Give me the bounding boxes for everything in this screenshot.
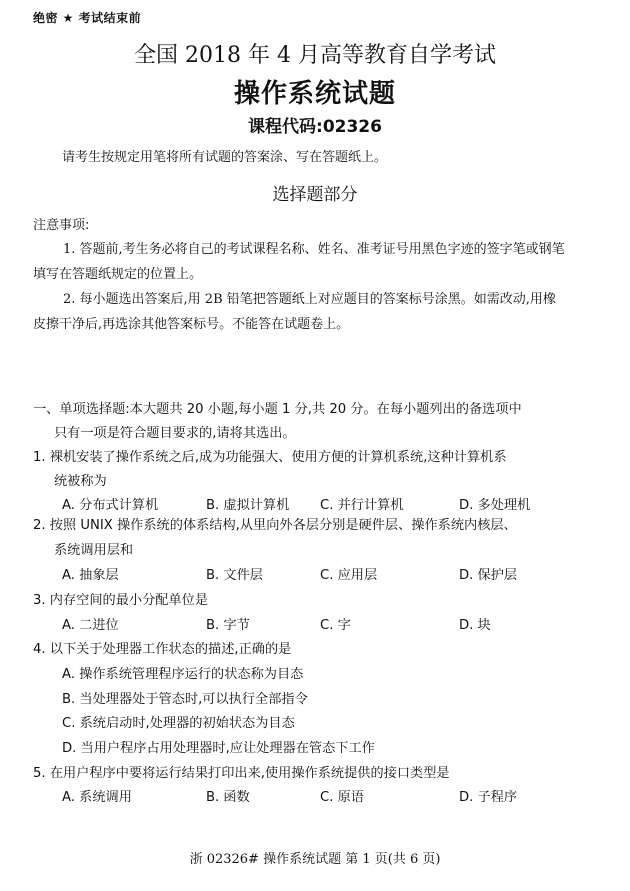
note-2-line-1: 2. 每小题选出答案后,用 2B 铅笔把答题纸上对应题目的答案标号涂黑。如需改动…	[33, 288, 556, 307]
question-1-option-c: C. 并行计算机	[320, 494, 404, 513]
question-4-option-b: B. 当处理器处于管态时,可以执行全部指令	[62, 688, 308, 707]
question-5-option-d: D. 子程序	[459, 786, 517, 805]
part-one-heading: 一、单项选择题:本大题共 20 小题,每小题 1 分,共 20 分。在每小题列出…	[33, 398, 522, 417]
question-2-option-c: C. 应用层	[320, 564, 377, 583]
question-5-option-b: B. 函数	[206, 786, 250, 805]
question-1-option-b: B. 虚拟计算机	[206, 494, 289, 513]
note-text: 1. 答题前,考生务必将自己的考试课程名称、姓名、准考证号用黑色字迹的签字笔或钢…	[63, 242, 565, 257]
question-2-option-b: B. 文件层	[206, 564, 263, 583]
question-5-stem: 5. 在用户程序中要将运行结果打印出来,使用操作系统提供的接口类型是	[33, 762, 450, 781]
question-2-option-a: A. 抽象层	[62, 564, 119, 583]
notes-label: 注意事项:	[33, 214, 89, 233]
part-one-heading-cont: 只有一项是符合题目要求的,请将其选出。	[54, 422, 296, 441]
page-footer: 浙 02326# 操作系统试题 第 1 页(共 6 页)	[0, 848, 630, 867]
question-4-stem: 4. 以下关于处理器工作状态的描述,正确的是	[33, 638, 291, 657]
question-1-stem: 1. 裸机安装了操作系统之后,成为功能强大、使用方便的计算机系统,这种计算机系	[33, 446, 507, 465]
question-1-option-d: D. 多处理机	[459, 494, 530, 513]
question-2-stem-cont: 系统调用层和	[54, 539, 133, 558]
note-2-line-2: 皮擦干净后,再选涂其他答案标号。不能答在试题卷上。	[33, 313, 349, 332]
secret-mark: 绝密 ★ 考试结束前	[33, 9, 141, 26]
question-2-stem: 2. 按照 UNIX 操作系统的体系结构,从里向外各层分别是硬件层、操作系统内核…	[33, 514, 517, 533]
question-4-option-c: C. 系统启动时,处理器的初始状态为目态	[62, 712, 295, 731]
exam-title: 全国 2018 年 4 月高等教育自学考试	[0, 38, 630, 69]
question-3-option-d: D. 块	[459, 614, 491, 633]
question-3-option-c: C. 字	[320, 614, 351, 633]
question-3-option-b: B. 字节	[206, 614, 250, 633]
question-1-option-a: A. 分布式计算机	[62, 494, 158, 513]
question-2-option-d: D. 保护层	[459, 564, 517, 583]
section-title: 选择题部分	[0, 180, 630, 205]
question-3-stem: 3. 内存空间的最小分配单位是	[33, 589, 208, 608]
question-4-option-a: A. 操作系统管理程序运行的状态称为目态	[62, 663, 303, 682]
subject-title: 操作系统试题	[0, 73, 630, 110]
question-4-option-d: D. 当用户程序占用处理器时,应让处理器在管态下工作	[62, 737, 375, 756]
answer-instruction: 请考生按规定用笔将所有试题的答案涂、写在答题纸上。	[62, 146, 387, 165]
question-5-option-a: A. 系统调用	[62, 786, 132, 805]
question-1-stem-cont: 统被称为	[54, 470, 107, 489]
question-3-option-a: A. 二进位	[62, 614, 119, 633]
note-1-line-2: 填写在答题纸规定的位置上。	[33, 263, 202, 282]
note-text: 2. 每小题选出答案后,用 2B 铅笔把答题纸上对应题目的答案标号涂黑。如需改动…	[63, 292, 556, 307]
note-1-line-1: 1. 答题前,考生务必将自己的考试课程名称、姓名、准考证号用黑色字迹的签字笔或钢…	[33, 238, 565, 257]
question-5-option-c: C. 原语	[320, 786, 364, 805]
course-code: 课程代码:02326	[0, 112, 630, 137]
